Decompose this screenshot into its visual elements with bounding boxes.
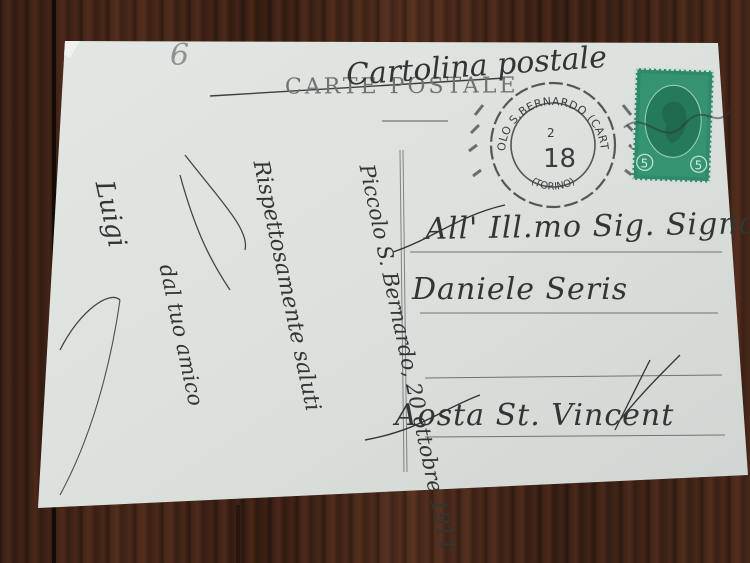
svg-text:5: 5	[694, 158, 702, 172]
page-number: 6	[170, 38, 189, 73]
address-line-2: Daniele Seris	[412, 272, 628, 307]
svg-text:2: 2	[547, 126, 555, 140]
svg-text:18: 18	[543, 144, 576, 174]
address-line-4: Aosta St. Vincent	[395, 398, 674, 433]
svg-text:5: 5	[640, 156, 648, 170]
address-line-1: All' Ill.mo Sig. Signor	[425, 206, 750, 247]
